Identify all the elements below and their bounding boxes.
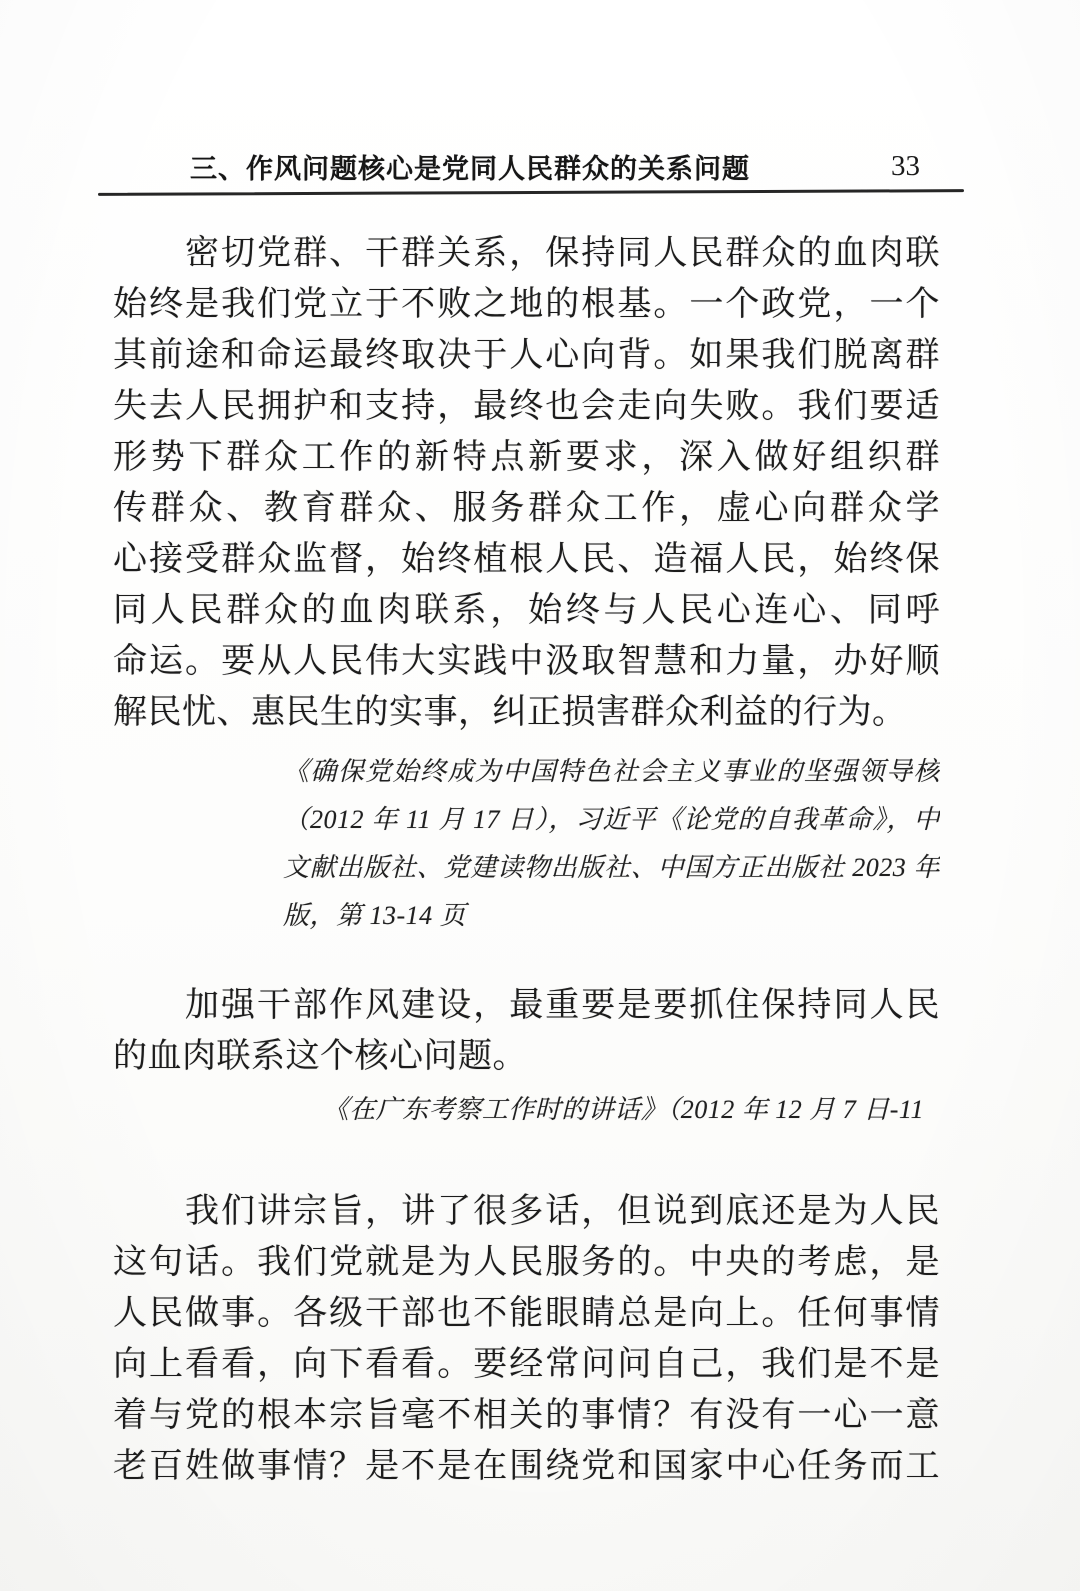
citation-1-line-1: 《确保党始终成为中国特色社会主义事业的坚强领导核心》 xyxy=(283,748,940,796)
paragraph-1-line-9: 命运。要从人民伟大实践中汲取智慧和力量，办好顺民意、 xyxy=(113,636,940,687)
paragraph-1-line-3: 其前途和命运最终取决于人心向背。如果我们脱离群众、 xyxy=(113,330,940,381)
paragraph-1-line-4: 失去人民拥护和支持，最终也会走向失败。我们要适应新 xyxy=(113,381,940,432)
citation-2: 《在广东考察工作时的讲话》（2012 年 12 月 7 日-11 日） xyxy=(283,1086,940,1134)
paragraph-3-line-2: 这句话。我们党就是为人民服务的。中央的考虑，是要为 xyxy=(113,1237,940,1288)
paragraph-1-line-6: 传群众、教育群众、服务群众工作，虚心向群众学习，诚 xyxy=(113,483,940,534)
paragraph-3-line-1: 我们讲宗旨，讲了很多话，但说到底还是为人民服务 xyxy=(113,1186,940,1237)
paragraph-2-line-1: 加强干部作风建设，最重要是要抓住保持同人民群众 xyxy=(113,980,940,1031)
page-number: 33 xyxy=(891,150,920,183)
paragraph-2-line-2: 的血肉联系这个核心问题。 xyxy=(113,1031,940,1082)
book-page: 三、作风问题核心是党同人民群众的关系问题 33 密切党群、干群关系，保持同人民群… xyxy=(0,0,1080,1591)
paragraph-2: 加强干部作风建设，最重要是要抓住保持同人民群众 的血肉联系这个核心问题。 xyxy=(113,980,940,1082)
paragraph-3-line-5: 着与党的根本宗旨毫不相关的事情？有没有一心一意在为 xyxy=(113,1390,940,1441)
paragraph-3: 我们讲宗旨，讲了很多话，但说到底还是为人民服务 这句话。我们党就是为人民服务的。… xyxy=(113,1186,940,1492)
paragraph-1-line-2: 始终是我们党立于不败之地的根基。一个政党，一个政权， xyxy=(113,279,940,330)
paragraph-3-line-3: 人民做事。各级干部也不能眼睛总是向上。任何事情都要 xyxy=(113,1288,940,1339)
paragraph-1: 密切党群、干群关系，保持同人民群众的血肉联系， 始终是我们党立于不败之地的根基。… xyxy=(113,228,940,738)
citation-1: 《确保党始终成为中国特色社会主义事业的坚强领导核心》 （2012 年 11 月 … xyxy=(283,748,940,940)
header-divider xyxy=(98,189,964,195)
paragraph-1-line-10: 解民忧、惠民生的实事，纠正损害群众利益的行为。 xyxy=(113,687,940,738)
citation-1-line-3: 文献出版社、党建读物出版社、中国方正出版社 2023 年 xyxy=(283,844,940,892)
paragraph-1-line-1: 密切党群、干群关系，保持同人民群众的血肉联系， xyxy=(113,228,940,279)
citation-1-line-2: （2012 年 11 月 17 日），习近平《论党的自我革命》，中央 xyxy=(283,796,940,844)
paragraph-1-line-5: 形势下群众工作的新特点新要求，深入做好组织群众、宣 xyxy=(113,432,940,483)
paragraph-1-line-8: 同人民群众的血肉联系，始终与人民心连心、同呼吸、共 xyxy=(113,585,940,636)
paragraph-3-line-4: 向上看看，向下看看。要经常问问自己，我们是不是在忙 xyxy=(113,1339,940,1390)
paragraph-3-line-6: 老百姓做事情？是不是在围绕党和国家中心任务而工作？ xyxy=(113,1441,940,1492)
citation-2-line-1: 《在广东考察工作时的讲话》（2012 年 12 月 7 日-11 日） xyxy=(283,1086,940,1134)
paragraph-1-line-7: 心接受群众监督，始终植根人民、造福人民，始终保持党 xyxy=(113,534,940,585)
running-header-title: 三、作风问题核心是党同人民群众的关系问题 xyxy=(0,147,940,186)
citation-1-line-4: 版，第 13-14 页 xyxy=(283,892,940,940)
